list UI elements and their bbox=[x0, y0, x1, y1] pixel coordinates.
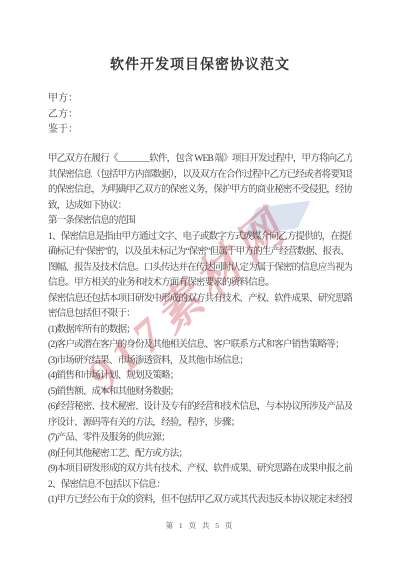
body-text-line: 图幅、报告及技术信息。口头传达并在传达同时认定为属于保密的信息应当视为保密 bbox=[48, 261, 352, 277]
party-fields: 甲方：乙方：鉴于： bbox=[48, 91, 352, 138]
body-text-line: 2、保密信息不包括以下信息： bbox=[48, 478, 352, 494]
party-field-label: 鉴于： bbox=[48, 122, 352, 138]
body-text-line: (5)销售额、成本和其他财务数据； bbox=[48, 385, 352, 401]
document-title: 软件开发项目保密协议范文 bbox=[0, 54, 400, 74]
document-body: 甲乙双方在履行《________软件，包含 WEB 端》项目开发过程中，甲方将向… bbox=[48, 152, 352, 509]
body-text-line: (1)数据库所有的数据； bbox=[48, 323, 352, 339]
party-field-label: 乙方： bbox=[48, 107, 352, 123]
body-text-line: 的保密信息，为明确甲乙双方的保密义务，保护甲方的商业秘密不受侵犯，经协商一 bbox=[48, 183, 352, 199]
body-text-line: 确标记有“保密”的，以及虽未标记为“保密”但属于甲方的生产经营数据、报表、 bbox=[48, 245, 352, 261]
body-text-line: (7)产品、零件及服务的供应源； bbox=[48, 431, 352, 447]
body-text-line: 保密信息还包括本项目研发中形成的双方共有技术、产权、软件成果、研究思路。保 bbox=[48, 292, 352, 308]
body-text-line: (2)客户或潜在客户的身份及其他相关信息、客户联系方式和客户销售策略等； bbox=[48, 338, 352, 354]
body-text-line: (3)市场研究结果、市场渗透资料，及其他市场信息； bbox=[48, 354, 352, 370]
page-number-indicator: 第 1 页 共 5 页 bbox=[0, 520, 400, 531]
body-text-line: (4)销售和市场计划、规划及策略； bbox=[48, 369, 352, 385]
body-text-line: 第一条保密信息的范围 bbox=[48, 214, 352, 230]
body-text-line: 序设计、源码等有关的方法，经验，程序，步骤； bbox=[48, 416, 352, 432]
body-text-line: 致，达成如下协议： bbox=[48, 199, 352, 215]
document-page: 917素材网 软件开发项目保密协议范文 甲方：乙方：鉴于： 甲乙双方在履行《__… bbox=[0, 0, 400, 565]
body-text-line: 1、保密信息是指由甲方通过文字、电子或数字方式或媒介向乙方提供的，在提供时明 bbox=[48, 230, 352, 246]
body-text-line: (9)本项目研发形成的双方共有技术、产权、软件成果、研究思路在成果申报之前。 bbox=[48, 462, 352, 478]
body-text-line: (1)甲方已经公布于众的资料，但不包括甲乙双方或其代表违反本协议规定未经授权所 bbox=[48, 493, 352, 509]
body-text-line: 其保密信息（包括甲方内部数据），以及双方在合作过程中乙方已经或者将要知悉甲方 bbox=[48, 168, 352, 184]
body-text-line: 甲乙双方在履行《________软件，包含 WEB 端》项目开发过程中，甲方将向… bbox=[48, 152, 352, 168]
body-text-line: 信息。甲方相关的业务和技术方面有保密要求的资料信息。 bbox=[48, 276, 352, 292]
body-text-line: (6)经营秘密、技术秘密、设计及专有的经营和技术信息，与本协议所涉及产品及其程 bbox=[48, 400, 352, 416]
body-text-line: 密信息包括但不限于： bbox=[48, 307, 352, 323]
body-text-line: (8)任何其他秘密工艺、配方或方法； bbox=[48, 447, 352, 463]
party-field-label: 甲方： bbox=[48, 91, 352, 107]
